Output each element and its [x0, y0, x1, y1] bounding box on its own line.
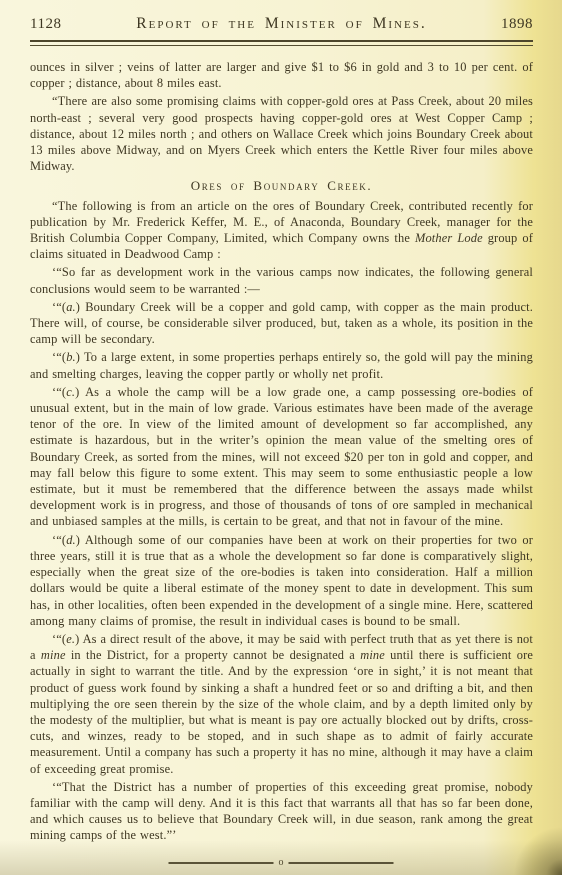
paragraph: ‘“(c.) As a whole the camp will be a low… [30, 384, 533, 530]
end-divider: o [169, 858, 394, 868]
paragraph: ounces in silver ; veins of latter are l… [30, 59, 533, 91]
document-body: ounces in silver ; veins of latter are l… [30, 59, 533, 844]
page-number: 1128 [30, 16, 90, 33]
divider-ornament: o [279, 858, 284, 868]
page-title: Report of the Minister of Mines. [90, 15, 473, 33]
double-rule [30, 40, 533, 46]
page: 1128 Report of the Minister of Mines. 18… [0, 0, 562, 875]
page-header: 1128 Report of the Minister of Mines. 18… [30, 15, 533, 33]
divider-line-right [289, 862, 394, 863]
divider-line-left [169, 862, 274, 863]
paragraph: ‘“(b.) To a large extent, in some proper… [30, 349, 533, 381]
paragraph: ‘“That the District has a number of prop… [30, 779, 533, 844]
paragraph: “The following is from an article on the… [30, 198, 533, 263]
paragraph: ‘“(a.) Boundary Creek will be a copper a… [30, 299, 533, 348]
paragraph: ‘“So far as development work in the vari… [30, 264, 533, 296]
section-heading: Ores of Boundary Creek. [30, 178, 533, 194]
paragraph: ‘“(d.) Although some of our companies ha… [30, 532, 533, 629]
paragraph: ‘“(e.) As a direct result of the above, … [30, 631, 533, 777]
page-year: 1898 [473, 16, 533, 33]
paragraph: “There are also some promising claims wi… [30, 93, 533, 174]
